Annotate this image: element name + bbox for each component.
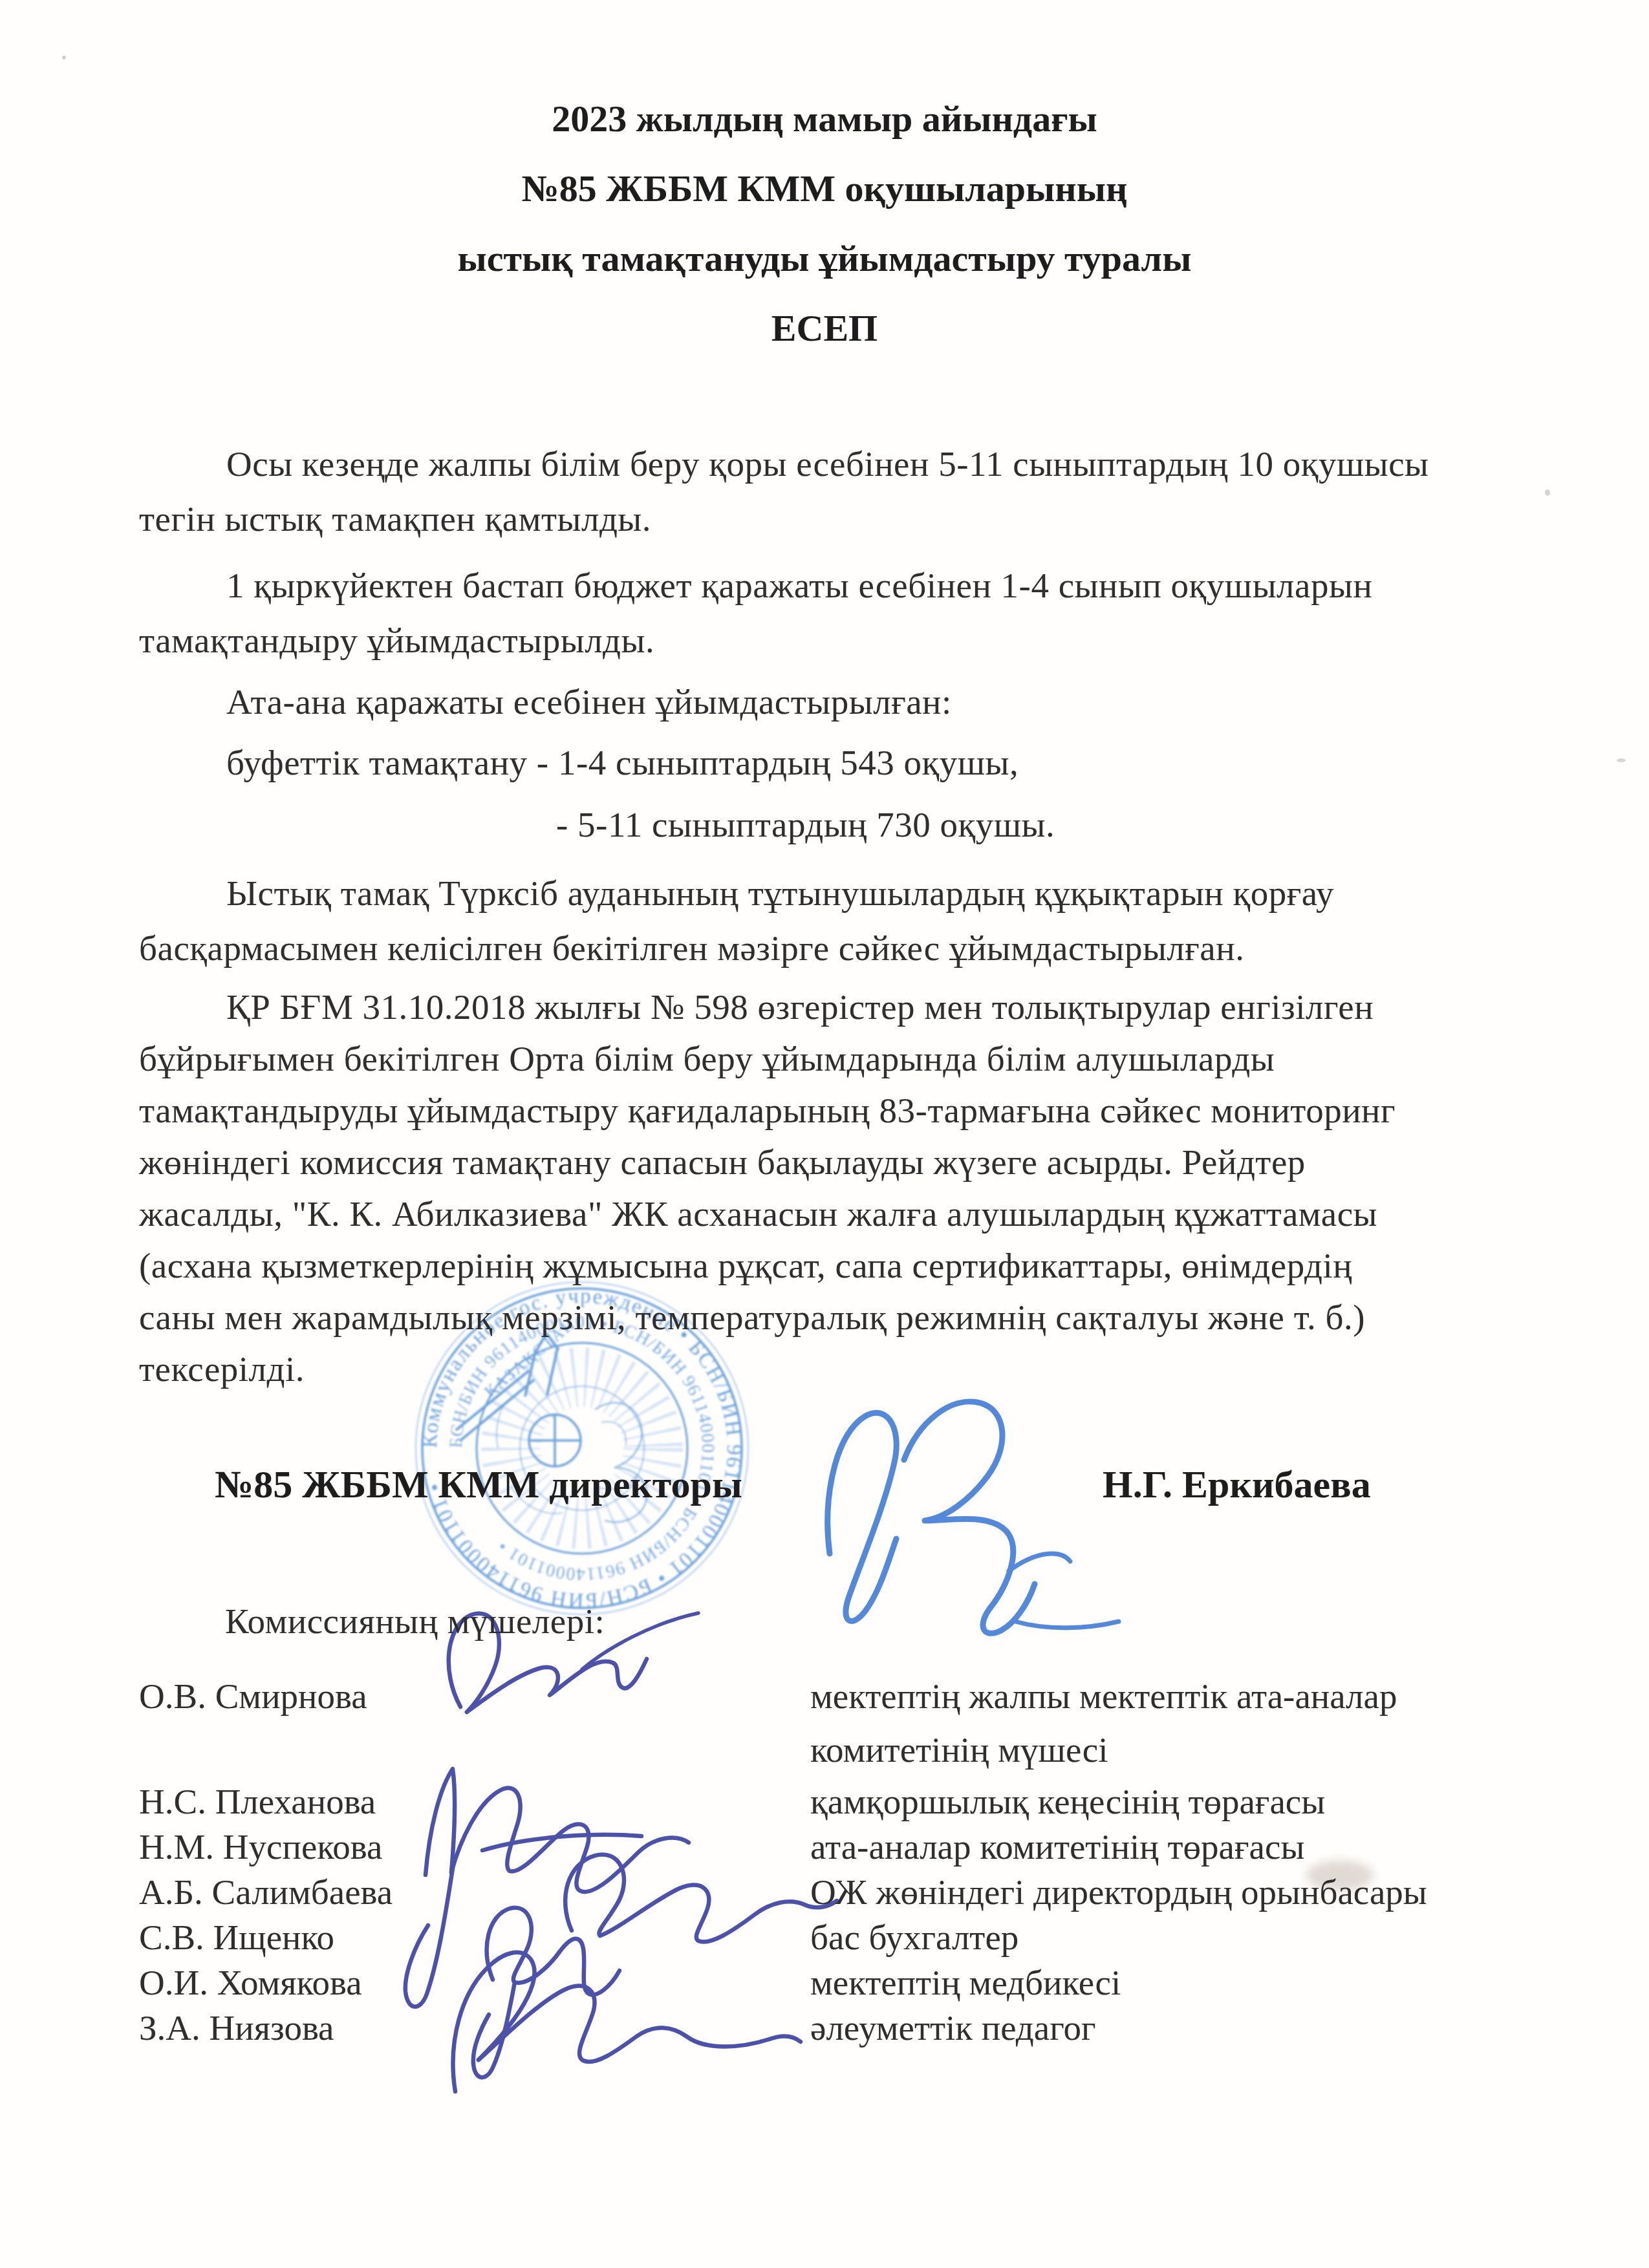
member-name: Н.М. Нуспекова [139, 1826, 382, 1867]
member-role: мектептің медбикесі [810, 1962, 1121, 2003]
title-line-1: 2023 жылдың мамыр айындағы [0, 98, 1649, 140]
member-name: О.В. Смирнова [139, 1676, 367, 1717]
body-line: тамақтандыруды ұйымдастыру қағидаларының… [139, 1091, 1396, 1131]
body-line: тегін ыстық тамақпен қамтылды. [139, 500, 651, 539]
title-line-4: ЕСЕП [0, 308, 1649, 349]
member-name: О.И. Хомякова [139, 1962, 362, 2003]
director-signature [828, 1402, 1119, 1633]
body-line: жасалды, "К. К. Абилказиева" ЖК асханасы… [139, 1195, 1377, 1234]
director-name: Н.Г. Еркибаева [1103, 1462, 1371, 1507]
stamp-inner-ring-text: БСН/БИН 961140001101 • БСН/БИН 961140001… [446, 1312, 718, 1584]
body-line: Ыстық тамақ Түрксіб ауданының тұтынушыла… [139, 874, 1334, 914]
member-role: ата-аналар комитетінің төрағасы [810, 1826, 1304, 1867]
body-line: басқармасымен келісілген бекітілген мәзі… [139, 929, 1244, 968]
director-label: №85 ЖББМ КММ директоры [215, 1462, 742, 1507]
signature-salimbaeva [565, 1854, 837, 1942]
body-line: жөніндегі комиссия тамақтану сапасын бақ… [139, 1143, 1306, 1182]
member-role: қамқоршылық кеңесінің төрағасы [810, 1781, 1325, 1822]
member-name: Н.С. Плеханова [139, 1781, 376, 1822]
scan-speck [1545, 489, 1550, 496]
member-name: А.Б. Салимбаева [139, 1872, 393, 1912]
body-line: тексерілді. [139, 1350, 305, 1389]
member-name: З.А. Ниязова [139, 2007, 334, 2048]
document-page: Коммунальное гос. учреждение • БСН/БИН 9… [0, 0, 1649, 2268]
scan-speck [1617, 758, 1626, 762]
body-line: Ата-ана қаражаты есебінен ұйымдастырылға… [139, 683, 952, 722]
body-line: буфеттік тамақтану - 1-4 сыныптардың 543… [139, 744, 1018, 783]
body-line: тамақтандыру ұйымдастырылды. [139, 621, 654, 661]
member-role: әлеуметтік педагог [810, 2007, 1095, 2048]
signature-khomyakova [453, 1952, 801, 2091]
signature-nuspekova [405, 1769, 689, 2007]
commission-heading: Комиссияның мүшелері: [225, 1602, 605, 1642]
signature-ishchenko [473, 1908, 620, 2077]
member-role: мектептің жалпы мектептік ата-аналар [810, 1676, 1397, 1717]
title-line-3: ыстық тамақтануды ұйымдастыру туралы [0, 238, 1649, 279]
scan-speck [62, 56, 66, 59]
body-line: (асхана қызметкерлерінің жұмысына рұқсат… [139, 1246, 1352, 1286]
body-line: - 5-11 сыныптардың 730 оқушы. [556, 806, 1055, 845]
member-role: комитетінің мүшесі [810, 1729, 1108, 1770]
body-line: 1 қыркүйектен бастап бюджет қаражаты есе… [139, 566, 1372, 606]
title-line-2: №85 ЖББМ КММ оқушыларының [0, 168, 1649, 209]
member-name: С.В. Ищенко [139, 1917, 334, 1958]
member-role: бас бухгалтер [810, 1917, 1018, 1958]
body-line: ҚР БҒМ 31.10.2018 жылғы № 598 өзгерістер… [139, 988, 1374, 1027]
body-line: саны мен жарамдылық мерзімі, температура… [139, 1298, 1365, 1338]
body-line: бұйрығымен бекітілген Орта білім беру ұй… [139, 1040, 1275, 1079]
body-line: Осы кезеңде жалпы білім беру қоры есебін… [139, 445, 1429, 484]
member-role: ОЖ жөніндегі директордың орынбасары [810, 1872, 1427, 1912]
